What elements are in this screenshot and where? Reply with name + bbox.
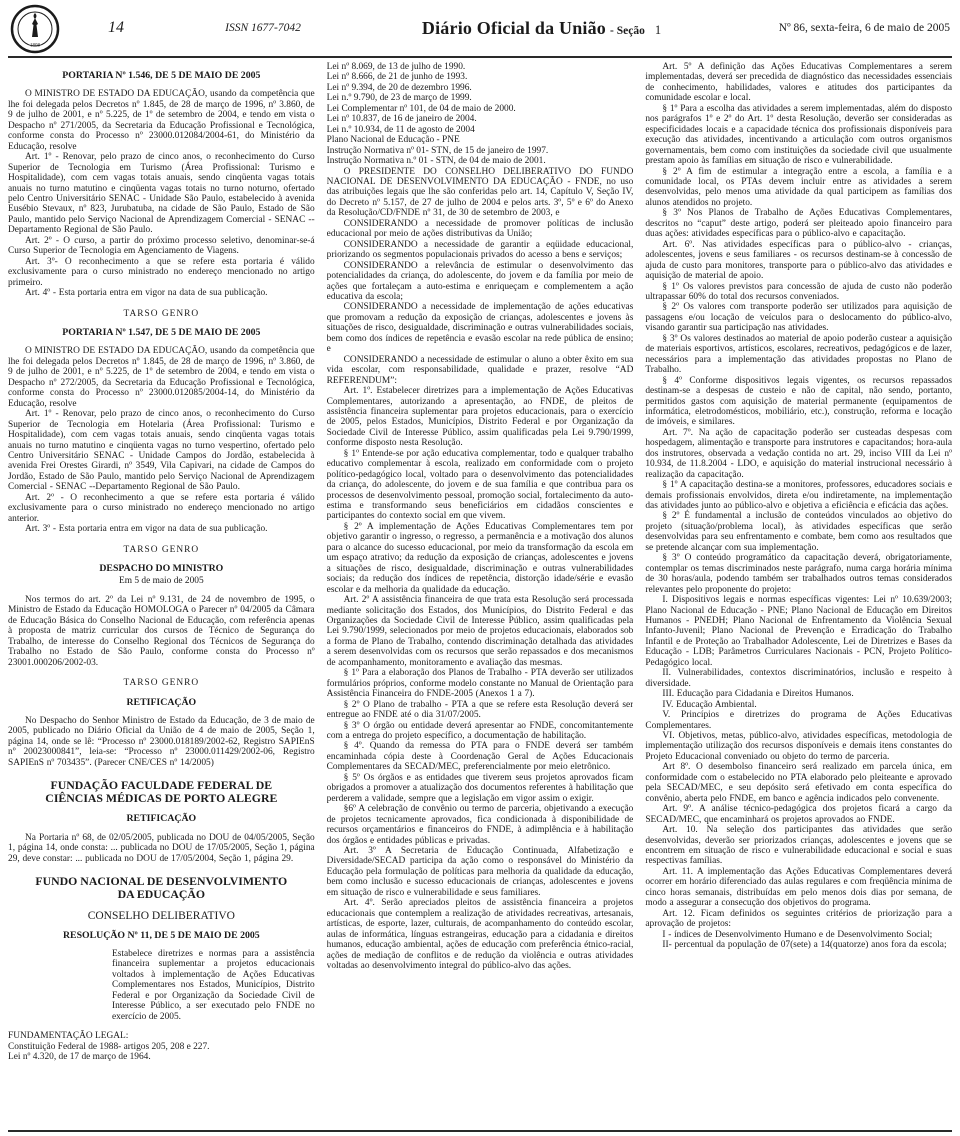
paragraph: O MINISTRO DE ESTADO DA EDUCAÇÃO, usando… xyxy=(8,346,315,409)
header-rule xyxy=(8,56,952,58)
paragraph: § 2º A fim de estimular a integração ent… xyxy=(645,167,952,209)
section-number: 1 xyxy=(649,23,661,37)
paragraph: Art. 2º - O reconhecimento a que se refe… xyxy=(8,493,315,524)
paragraph: § 3º Nos Planos de Trabalho de Ações Edu… xyxy=(645,208,952,239)
paragraph: Art. 9º. A análise técnico-pedagógica do… xyxy=(645,804,952,825)
paragraph: III. Educação para Cidadania e Direitos … xyxy=(645,689,952,699)
paragraph: IV. Educação Ambiental. xyxy=(645,700,952,710)
paragraph: II. Vulnerabilidades, contextos discrimi… xyxy=(645,668,952,689)
legal-ref-line: Constituição Federal de 1988- artigos 20… xyxy=(8,1042,315,1052)
imprensa-nacional-logo-icon: 1808 xyxy=(10,4,60,54)
issn-label: ISSN 1677-7042 xyxy=(168,22,358,34)
legal-ref-line: Lei nº 9.394, de 20 de dezembro 1996. xyxy=(327,83,634,93)
paragraph: CONSIDERANDO a relevância de estimular o… xyxy=(327,261,634,303)
paragraph: O PRESIDENTE DO CONSELHO DELIBERATIVO DO… xyxy=(327,167,634,219)
paragraph: CONSIDERANDO a necessidade de garantir a… xyxy=(327,240,634,261)
paragraph: § 3º O conteúdo programático da capacita… xyxy=(645,553,952,595)
article-heading: PORTARIA Nº 1.546, DE 5 DE MAIO DE 2005 xyxy=(8,71,315,81)
section-label: - Seção xyxy=(610,25,645,37)
paragraph: Na Portaria nº 68, de 02/05/2005, public… xyxy=(8,833,315,864)
paragraph: § 2º Os valores com transporte poderão s… xyxy=(645,302,952,333)
ementa: Estabelece diretrizes e normas para a as… xyxy=(112,949,315,1022)
paragraph: Nos termos do art. 2º da Lei nº 9.131, d… xyxy=(8,595,315,668)
article-heading: DESPACHO DO MINISTRO xyxy=(8,564,315,574)
column-2: Lei nº 8.069, de 13 de julho de 1990.Lei… xyxy=(327,62,634,1128)
signature: TARSO GENRO xyxy=(8,309,315,319)
paragraph: § 2º É fundamental a inclusão de conteúd… xyxy=(645,511,952,553)
paragraph: No Despacho do Senhor Ministro de Estado… xyxy=(8,716,315,768)
paragraph: Art. 3º - Esta portaria entra em vigor n… xyxy=(8,524,315,534)
signature: TARSO GENRO xyxy=(8,678,315,688)
paragraph: §6º A celebração de convênio ou termo de… xyxy=(327,804,634,846)
column-3: Art. 5º A definição das Ações Educativas… xyxy=(645,62,952,1128)
paragraph: § 1º Entende-se por ação educativa compl… xyxy=(327,449,634,522)
article-columns: PORTARIA Nº 1.546, DE 5 DE MAIO DE 2005O… xyxy=(8,62,952,1128)
legal-ref-line: Lei nº 8.069, de 13 de julho de 1990. xyxy=(327,62,634,72)
svg-text:1808: 1808 xyxy=(30,44,41,49)
paragraph: Art. 3º- O reconhecimento a que se refer… xyxy=(8,257,315,288)
column-1: PORTARIA Nº 1.546, DE 5 DE MAIO DE 2005O… xyxy=(8,62,315,1128)
article-heading: RETIFICAÇÃO xyxy=(8,814,315,824)
legal-ref-line: FUNDAMENTAÇÃO LEGAL: xyxy=(8,1031,315,1041)
article-heading: RESOLUÇÃO Nº 11, DE 5 DE MAIO DE 2005 xyxy=(8,931,315,941)
paragraph: § 1º Para a escolha das atividades a ser… xyxy=(645,104,952,167)
signature: TARSO GENRO xyxy=(8,545,315,555)
paragraph: § 3º Os valores destinados ao material d… xyxy=(645,334,952,376)
org-subheading: CONSELHO DELIBERATIVO xyxy=(8,911,315,921)
paragraph: Art. 1º - Renovar, pelo prazo de cinco a… xyxy=(8,409,315,493)
paragraph: § 3º O órgão ou entidade deverá apresent… xyxy=(327,721,634,742)
paragraph: Art. 1º. Estabelecer diretrizes para a i… xyxy=(327,386,634,449)
legal-ref-line: Instrução Normativa n.º 01 - STN, de 04 … xyxy=(327,156,634,166)
legal-ref-line: Lei Complementar nº 101, de 04 de maio d… xyxy=(327,104,634,114)
edition-info: Nº 86, sexta-feira, 6 de maio de 2005 xyxy=(725,22,950,34)
paragraph: Art. 1º - Renovar, pelo prazo de cinco a… xyxy=(8,152,315,236)
masthead: 1808 14 ISSN 1677-7042 Diário Oficial da… xyxy=(0,0,960,56)
paragraph: Art. 4º. Serão apreciados pleitos de ass… xyxy=(327,898,634,971)
paragraph: Art. 10. Na seleção dos participantes da… xyxy=(645,825,952,867)
paragraph: Art. 2º - O curso, a partir do próximo p… xyxy=(8,236,315,257)
paragraph: Art. 3º A Secretaria de Educação Continu… xyxy=(327,846,634,898)
paragraph: § 4º. Quando da remessa do PTA para o FN… xyxy=(327,741,634,772)
legal-ref-line: Instrução Normativa nº 01- STN, de 15 de… xyxy=(327,146,634,156)
paragraph: § 4º Conforme dispositivos legais vigent… xyxy=(645,376,952,428)
paragraph: Art. 5º A definição das Ações Educativas… xyxy=(645,62,952,104)
paragraph: § 1º Para a elaboração dos Planos de Tra… xyxy=(327,668,634,699)
page-number: 14 xyxy=(108,19,168,37)
legal-ref-line: Lei nº 4.320, de 17 de março de 1964. xyxy=(8,1052,315,1062)
paragraph: V. Princípios e diretrizes do programa d… xyxy=(645,710,952,731)
paragraph: I. Dispositivos legais e normas específi… xyxy=(645,595,952,668)
paragraph: Art. 7º. Na ação de capacitação poderão … xyxy=(645,428,952,480)
article-heading: PORTARIA Nº 1.547, DE 5 DE MAIO DE 2005 xyxy=(8,328,315,338)
paragraph: CONSIDERANDO a necessidade de estimular … xyxy=(327,355,634,386)
paragraph: § 1º Os valores previstos para concessão… xyxy=(645,282,952,303)
paragraph: I - índices de Desenvolvimento Humano e … xyxy=(645,930,952,940)
article-heading: RETIFICAÇÃO xyxy=(8,698,315,708)
org-heading: FUNDO NACIONAL DE DESENVOLVIMENTO DA EDU… xyxy=(26,875,297,901)
paragraph: II- percentual da população de 07(sete) … xyxy=(645,940,952,950)
paragraph: Art. 11. A implementação das Ações Educa… xyxy=(645,867,952,909)
paragraph: § 2º A implementação de Ações Educativas… xyxy=(327,522,634,595)
paragraph: Art. 6º. Nas atividades específicas para… xyxy=(645,240,952,282)
legal-ref-line: Lei n.º 9.790, de 23 de março de 1999. xyxy=(327,93,634,103)
paragraph: Art. 2º A assistência financeira de que … xyxy=(327,595,634,668)
legal-ref-line: Lei nº 10.837, de 16 de janeiro de 2004. xyxy=(327,114,634,124)
paragraph: § 2º O Plano de trabalho - PTA a que se … xyxy=(327,700,634,721)
paragraph: CONSIDERANDO a necessidade de promover p… xyxy=(327,219,634,240)
gazette-title: Diário Oficial da União - Seção 1 xyxy=(358,18,725,39)
legal-ref-line: Lei nº 8.666, de 21 de junho de 1993. xyxy=(327,72,634,82)
legal-ref-line: Plano Nacional de Educação - PNE xyxy=(327,135,634,145)
paragraph: § 5º Os órgãos e as entidades que tivere… xyxy=(327,773,634,804)
gazette-page: 1808 14 ISSN 1677-7042 Diário Oficial da… xyxy=(0,0,960,1136)
paragraph: Art. 12. Ficam definidos os seguintes cr… xyxy=(645,909,952,930)
paragraph: CONSIDERANDO a necessidade de implementa… xyxy=(327,302,634,354)
article-subheading: Em 5 de maio de 2005 xyxy=(8,576,315,586)
legal-ref-line: Lei n.º 10.934, de 11 de agosto de 2004 xyxy=(327,125,634,135)
paragraph: Art. 4º - Esta portaria entra em vigor n… xyxy=(8,288,315,298)
paragraph: O MINISTRO DE ESTADO DA EDUCAÇÃO, usando… xyxy=(8,89,315,152)
paragraph: Art 8º. O desembolso financeiro será rea… xyxy=(645,762,952,804)
gazette-title-text: Diário Oficial da União xyxy=(422,18,606,38)
footer-rule xyxy=(8,1130,952,1132)
paragraph: § 1º A capacitação destina-se a monitore… xyxy=(645,480,952,511)
paragraph: VI. Objetivos, metas, público-alvo, ativ… xyxy=(645,731,952,762)
org-heading: FUNDAÇÃO FACULDADE FEDERAL DE CIÊNCIAS M… xyxy=(26,779,297,805)
